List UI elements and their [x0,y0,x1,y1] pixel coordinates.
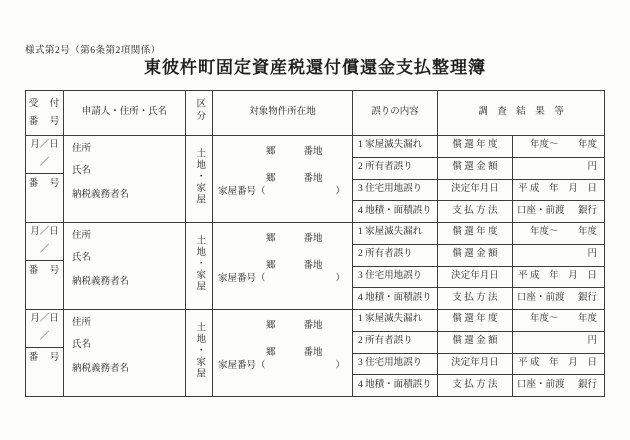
category-cell: 土地・家屋 [186,310,213,397]
receipt-number-cell: 月／日 ／ 番 号 [26,310,64,397]
result-value: 口座・前渡 銀行 [513,201,605,223]
error-item: 2 所有者誤り [353,244,438,266]
name-label: 氏名 [72,253,91,265]
applicant-cell: 住所 氏名 納税義務者名 [64,136,186,223]
address-label: 住所 [72,144,91,156]
form-page: 様式第2号（第6条第2項関係） 東彼杵町固定資産税還付償還金支払整理簿 受 付 … [0,0,630,440]
header-category: 区分 [186,91,213,136]
result-value: 平 成 年 月 日 [513,353,605,375]
result-label: 決定年月日 [438,179,513,201]
house-number-line: 家屋番号（ ） [216,361,349,373]
record-block: 月／日 ／ 番 号 住所 氏名 納税義務者名 土地・家屋 [26,136,605,223]
header-property-location: 対象物件所在地 [213,91,353,136]
error-item: 2 所有者誤り [353,157,438,179]
table-row: 月／日 ／ 番 号 住所 氏名 納税義務者名 土地・家屋 [26,223,605,245]
land-address-line: 郷 番地 [216,234,349,246]
result-label: 支 払 方 法 [438,201,513,223]
result-label: 償 還 金 額 [438,157,513,179]
category-cell: 土地・家屋 [186,136,213,223]
name-label: 氏名 [72,166,91,178]
header-row: 受 付 番 号 申請人・住所・氏名 区分 対象物件所在地 誤りの内容 調 査 結… [26,91,605,136]
result-value: 平 成 年 月 日 [513,179,605,201]
result-value: 年度～ 年度 [513,223,605,245]
result-value: 口座・前渡 銀行 [513,375,605,397]
header-receipt-number: 受 付 番 号 [26,91,64,136]
result-label: 決定年月日 [438,353,513,375]
result-value: 円 [513,157,605,179]
land-address-line: 郷 番地 [216,321,349,333]
property-location-cell: 郷 番地 郷 番地 家屋番号（ ） [213,223,353,310]
result-label: 決定年月日 [438,266,513,288]
ledger-table: 受 付 番 号 申請人・住所・氏名 区分 対象物件所在地 誤りの内容 調 査 結… [25,90,605,397]
house-address-line: 郷 番地 [216,348,349,360]
name-label: 氏名 [72,340,91,352]
land-address-line: 郷 番地 [216,147,349,159]
error-item: 4 地積・面積誤り [353,288,438,310]
applicant-cell: 住所 氏名 納税義務者名 [64,310,186,397]
house-number-line: 家屋番号（ ） [216,274,349,286]
taxpayer-label: 納税義務者名 [72,364,129,376]
property-location-cell: 郷 番地 郷 番地 家屋番号（ ） [213,136,353,223]
taxpayer-label: 納税義務者名 [72,190,129,202]
error-item: 1 家屋滅失漏れ [353,136,438,158]
table-row: 月／日 ／ 番 号 住所 氏名 納税義務者名 土地・家屋 [26,136,605,158]
result-value: 円 [513,244,605,266]
error-item: 3 住宅用地誤り [353,266,438,288]
error-item: 1 家屋滅失漏れ [353,310,438,332]
date-slash: ／ [40,158,50,170]
header-applicant: 申請人・住所・氏名 [64,91,186,136]
result-value: 年度～ 年度 [513,310,605,332]
number-label: 番 号 [26,261,63,309]
error-item: 1 家屋滅失漏れ [353,223,438,245]
category-cell: 土地・家屋 [186,223,213,310]
result-label: 支 払 方 法 [438,375,513,397]
result-label: 償 還 年 度 [438,223,513,245]
error-item: 3 住宅用地誤り [353,353,438,375]
result-value: 円 [513,331,605,353]
result-value: 年度～ 年度 [513,136,605,158]
month-day-label: 月／日 [30,227,59,239]
number-label: 番 号 [26,174,63,222]
result-value: 平 成 年 月 日 [513,266,605,288]
result-label: 償 還 年 度 [438,310,513,332]
header-investigation-result: 調 査 結 果 等 [438,91,605,136]
header-error-content: 誤りの内容 [353,91,438,136]
result-label: 支 払 方 法 [438,288,513,310]
month-day-label: 月／日 [30,140,59,152]
house-number-line: 家屋番号（ ） [216,187,349,199]
result-value: 口座・前渡 銀行 [513,288,605,310]
table-row: 月／日 ／ 番 号 住所 氏名 納税義務者名 土地・家屋 [26,310,605,332]
house-address-line: 郷 番地 [216,261,349,273]
house-address-line: 郷 番地 [216,174,349,186]
date-slash: ／ [40,332,50,344]
applicant-cell: 住所 氏名 納税義務者名 [64,223,186,310]
result-label: 償 還 金 額 [438,244,513,266]
result-label: 償 還 金 額 [438,331,513,353]
result-label: 償 還 年 度 [438,136,513,158]
record-block: 月／日 ／ 番 号 住所 氏名 納税義務者名 土地・家屋 [26,223,605,310]
error-item: 3 住宅用地誤り [353,179,438,201]
receipt-number-cell: 月／日 ／ 番 号 [26,136,64,223]
month-day-label: 月／日 [30,314,59,326]
date-slash: ／ [40,245,50,257]
receipt-number-cell: 月／日 ／ 番 号 [26,223,64,310]
taxpayer-label: 納税義務者名 [72,277,129,289]
record-block: 月／日 ／ 番 号 住所 氏名 納税義務者名 土地・家屋 [26,310,605,397]
property-location-cell: 郷 番地 郷 番地 家屋番号（ ） [213,310,353,397]
error-item: 4 地積・面積誤り [353,201,438,223]
error-item: 2 所有者誤り [353,331,438,353]
form-title: 東彼杵町固定資産税還付償還金支払整理簿 [0,53,630,78]
address-label: 住所 [72,318,91,330]
error-item: 4 地積・面積誤り [353,375,438,397]
number-label: 番 号 [26,348,63,396]
address-label: 住所 [72,231,91,243]
